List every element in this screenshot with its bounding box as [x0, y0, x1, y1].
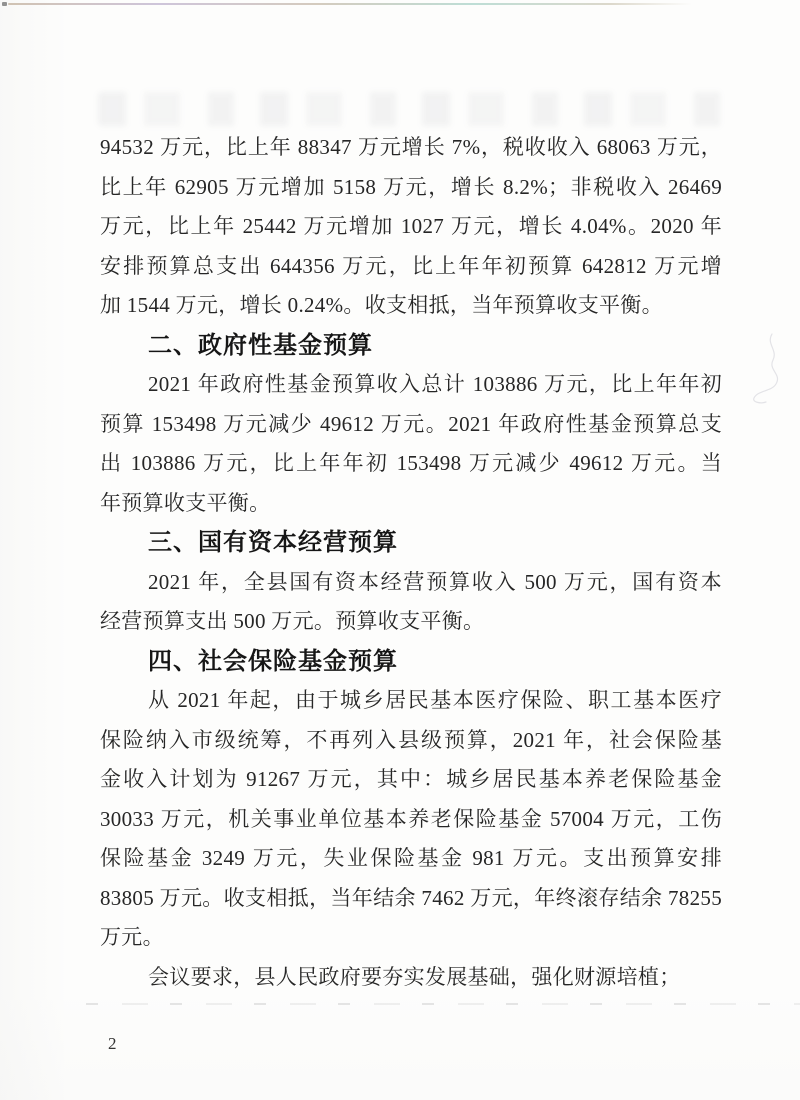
- page-number: 2: [108, 1034, 117, 1054]
- text-line: 出 103886 万元，比上年年初 153498 万元减少 49612 万元。当: [100, 444, 722, 484]
- text-line: 94532 万元，比上年 88347 万元增长 7%，税收收入 68063 万元…: [100, 128, 722, 168]
- text-line: 经营预算支出 500 万元。预算收支平衡。: [100, 602, 722, 642]
- text-line: 预算 153498 万元减少 49612 万元。2021 年政府性基金预算总支: [100, 405, 722, 445]
- text-line: 万元，比上年 25442 万元增加 1027 万元，增长 4.04%。2020 …: [100, 207, 722, 247]
- document-body: 94532 万元，比上年 88347 万元增长 7%，税收收入 68063 万元…: [100, 128, 722, 997]
- section-heading-state-capital-budget: 三、国有资本经营预算: [148, 523, 722, 563]
- section-heading-social-insurance-budget: 四、社会保险基金预算: [148, 642, 722, 682]
- text-line: 2021 年，全县国有资本经营预算收入 500 万元，国有资本: [100, 563, 722, 603]
- text-line: 金收入计划为 91267 万元，其中：城乡居民基本养老保险基金: [100, 760, 722, 800]
- text-line: 加 1544 万元，增长 0.24%。收支相抵，当年预算收支平衡。: [100, 286, 722, 326]
- text-line: 保险基金 3249 万元，失业保险基金 981 万元。支出预算安排: [100, 839, 722, 879]
- text-line: 万元。: [100, 918, 722, 958]
- text-line: 从 2021 年起，由于城乡居民基本医疗保险、职工基本医疗: [100, 681, 722, 721]
- faint-pen-squiggle-artifact: [742, 328, 798, 428]
- text-line: 安排预算总支出 644356 万元，比上年年初预算 642812 万元增: [100, 247, 722, 287]
- section-heading-government-funds-budget: 二、政府性基金预算: [148, 326, 722, 366]
- text-line: 2021 年政府性基金预算收入总计 103886 万元，比上年年初: [100, 365, 722, 405]
- text-line: 年预算收支平衡。: [100, 484, 722, 524]
- scan-dash-artifact: [86, 1003, 800, 1005]
- scanner-edge-line: [8, 3, 692, 5]
- text-line: 30033 万元，机关事业单位基本养老保险基金 57004 万元，工伤: [100, 800, 722, 840]
- scanned-document-page: 94532 万元，比上年 88347 万元增长 7%，税收收入 68063 万元…: [0, 0, 800, 1100]
- bleed-through-text-artifact: [98, 92, 724, 126]
- text-line: 83805 万元。收支相抵，当年结余 7462 万元，年终滚存结余 78255: [100, 879, 722, 919]
- text-line: 比上年 62905 万元增加 5158 万元，增长 8.2%；非税收入 2646…: [100, 168, 722, 208]
- scan-corner-speck: [2, 2, 7, 6]
- text-line: 保险纳入市级统筹，不再列入县级预算，2021 年，社会保险基: [100, 721, 722, 761]
- text-line: 会议要求，县人民政府要夯实发展基础，强化财源培植；: [100, 958, 722, 998]
